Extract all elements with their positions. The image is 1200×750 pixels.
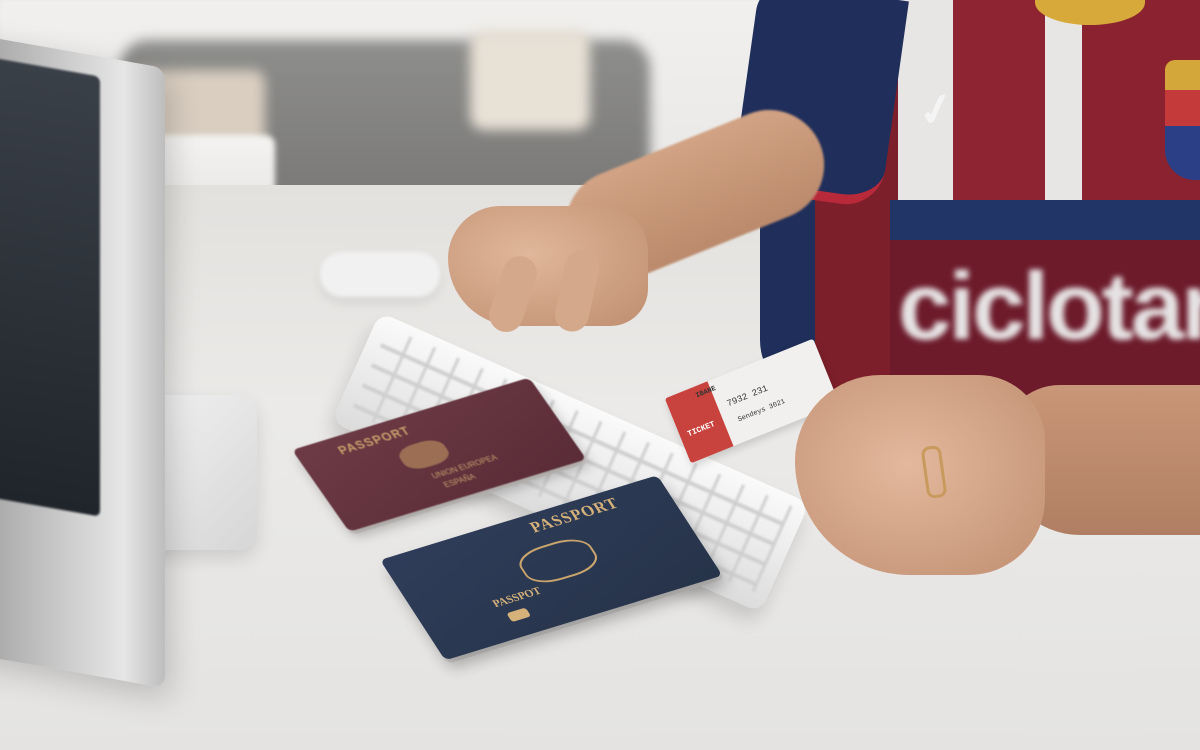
jersey-sponsor-text: ciclotan — [898, 252, 1200, 362]
club-crest-icon — [1165, 60, 1200, 180]
right-hand — [795, 375, 1045, 575]
photo-scene: ✓ ciclotan IBANE 7932 231 TICKET Sendeys… — [0, 0, 1200, 750]
left-hand — [448, 206, 648, 326]
coat-of-arms-icon — [512, 534, 604, 589]
monitor-screen — [0, 57, 100, 516]
biometric-chip-icon — [506, 608, 531, 623]
computer-mouse — [320, 252, 440, 297]
passport-subtitle: PASSPOT — [490, 585, 543, 610]
sofa-cushion — [470, 30, 590, 130]
computer-monitor — [0, 32, 165, 688]
